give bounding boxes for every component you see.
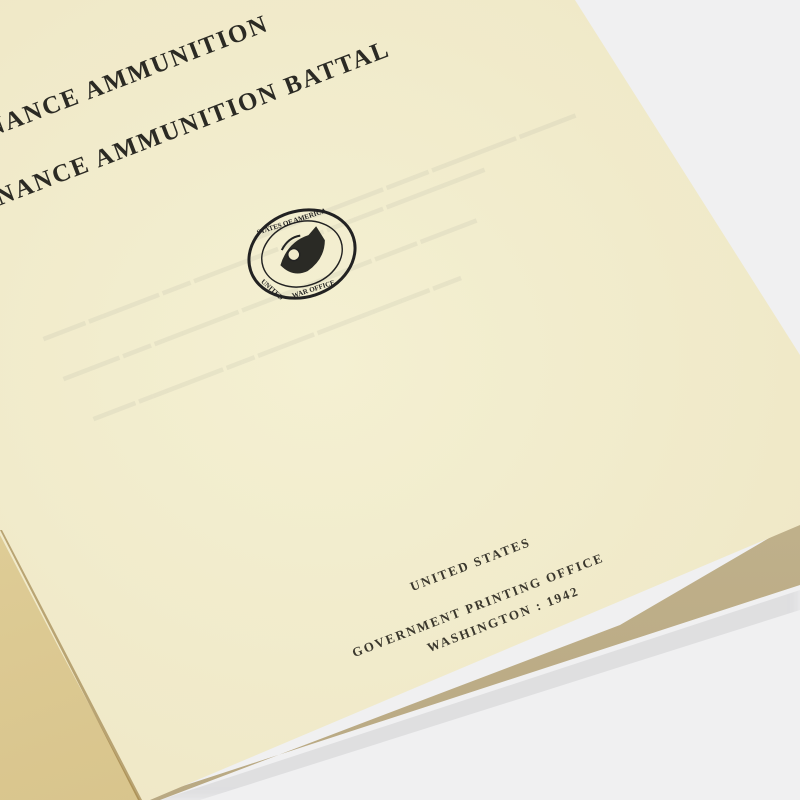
title-line-1: NANCE AMMUNITION	[0, 10, 273, 144]
title-page-text: ▬▬▬ ▬▬▬▬▬ ▬▬ ▬▬▬▬▬▬ ▬▬▬ ▬▬▬▬ ▬▬▬▬▬▬▬ ▬▬▬…	[0, 0, 800, 800]
photo-scene: ▬▬▬ ▬▬▬▬▬ ▬▬ ▬▬▬▬▬▬ ▬▬▬ ▬▬▬▬ ▬▬▬▬▬▬▬ ▬▬▬…	[0, 0, 800, 800]
